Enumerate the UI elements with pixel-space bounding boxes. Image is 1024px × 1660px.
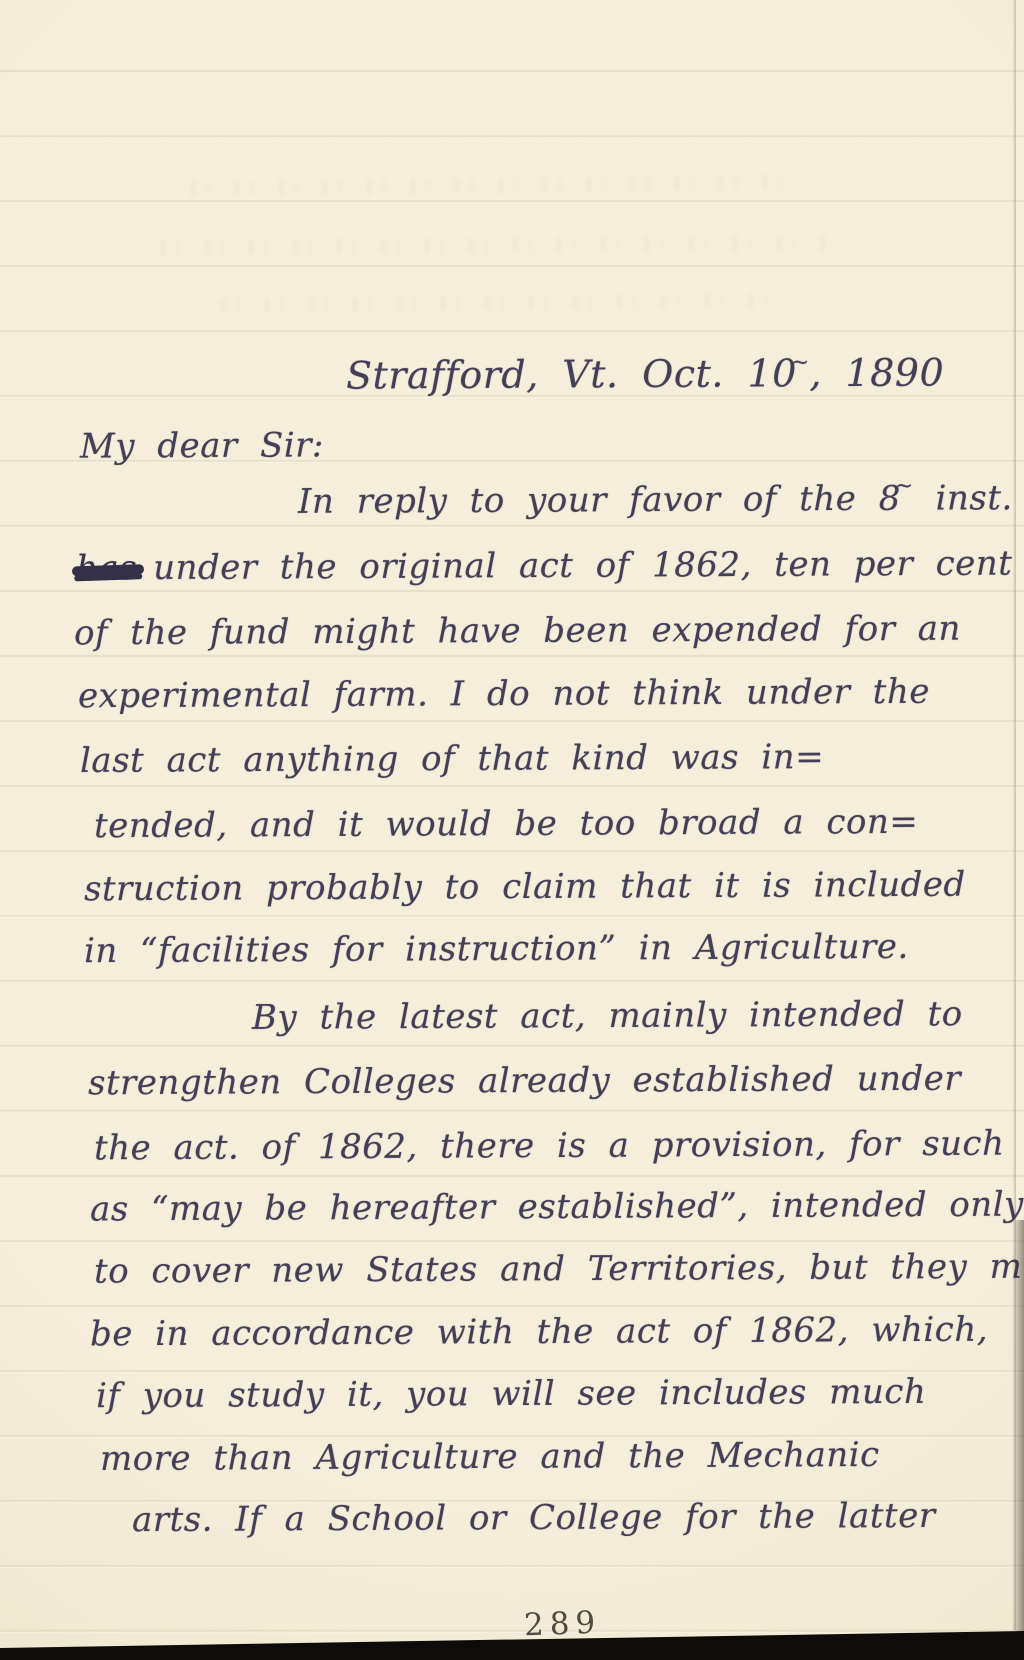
letter-page: Strafford, Vt. Oct. 10~, 1890 My dear Si… — [0, 0, 1024, 1660]
body-line-text: experimental farm. I do not think under … — [78, 672, 930, 716]
body-line-text: as “may be hereafter established”, inten… — [90, 1185, 1024, 1230]
body-line-text: strengthen Colleges already established … — [88, 1059, 961, 1104]
superscript-flourish: ~ — [791, 350, 810, 375]
body-line: struction probably to claim that it is i… — [84, 865, 966, 910]
body-line: By the latest act, mainly intended to — [252, 994, 963, 1038]
body-line-text: be in accordance with the act of 1862, w… — [90, 1310, 988, 1355]
body-line: In reply to your favor of the 8~ inst. — [298, 478, 1013, 522]
page-edge-shadow — [1012, 1220, 1024, 1640]
paper-sheet: Strafford, Vt. Oct. 10~, 1890 My dear Si… — [0, 0, 1024, 1660]
ink-showthrough — [150, 236, 830, 256]
salutation-text: My dear Sir: — [80, 425, 324, 466]
body-line: be in accordance with the act of 1862, w… — [90, 1310, 988, 1355]
ink-showthrough — [180, 175, 800, 196]
page-number: 289 — [523, 1605, 601, 1644]
body-line: tended, and it would be too broad a con= — [94, 802, 919, 846]
body-line-text: last act anything of that kind was in= — [80, 737, 824, 781]
body-line-text: inst. — [913, 478, 1013, 519]
ink-showthrough — [210, 294, 770, 313]
salutation: My dear Sir: — [80, 425, 324, 466]
body-line-text: more than Agriculture and the Mechanic — [100, 1435, 880, 1479]
body-line-text: tended, and it would be too broad a con= — [94, 802, 919, 846]
dateline-text: Strafford, Vt. Oct. 10 — [346, 351, 797, 397]
body-line-text: arts. If a School or College for the lat… — [132, 1496, 936, 1540]
body-line-text: in “facilities for instruction” in Agric… — [84, 927, 909, 971]
dateline-year: , 1890 — [809, 350, 944, 395]
body-line-text: By the latest act, mainly intended to — [252, 994, 963, 1038]
body-line: to cover new States and Territories, but… — [94, 1246, 1024, 1291]
body-line: experimental farm. I do not think under … — [78, 672, 930, 716]
body-line: the act. of 1862, there is a provision, … — [94, 1124, 1005, 1169]
body-line: more than Agriculture and the Mechanic — [100, 1435, 880, 1479]
page-number-text: 289 — [523, 1605, 601, 1644]
body-line: hasunder the original act of 1862, ten p… — [76, 544, 1013, 589]
body-line: as “may be hereafter established”, inten… — [90, 1185, 1024, 1230]
body-line: last act anything of that kind was in= — [80, 737, 824, 781]
body-line: if you study it, you will see includes m… — [96, 1372, 927, 1416]
body-line-text: the act. of 1862, there is a provision, … — [94, 1124, 1005, 1169]
body-line-text: under the original act of 1862, ten per … — [153, 544, 1012, 588]
body-line-text: to cover new States and Territories, but… — [94, 1246, 1024, 1291]
body-line: in “facilities for instruction” in Agric… — [84, 927, 909, 971]
body-line-text: struction probably to claim that it is i… — [84, 865, 966, 910]
body-line: arts. If a School or College for the lat… — [132, 1496, 936, 1540]
superscript-flourish: ~ — [895, 474, 914, 499]
body-line: strengthen Colleges already established … — [88, 1059, 961, 1104]
body-line-text: if you study it, you will see includes m… — [96, 1372, 927, 1416]
body-line-text: of the fund might have been expended for… — [74, 609, 961, 654]
body-line-text: In reply to your favor of the 8 — [298, 479, 901, 522]
body-line: of the fund might have been expended for… — [74, 609, 961, 654]
struck-word: has — [76, 548, 137, 588]
dateline: Strafford, Vt. Oct. 10~, 1890 — [346, 350, 944, 397]
